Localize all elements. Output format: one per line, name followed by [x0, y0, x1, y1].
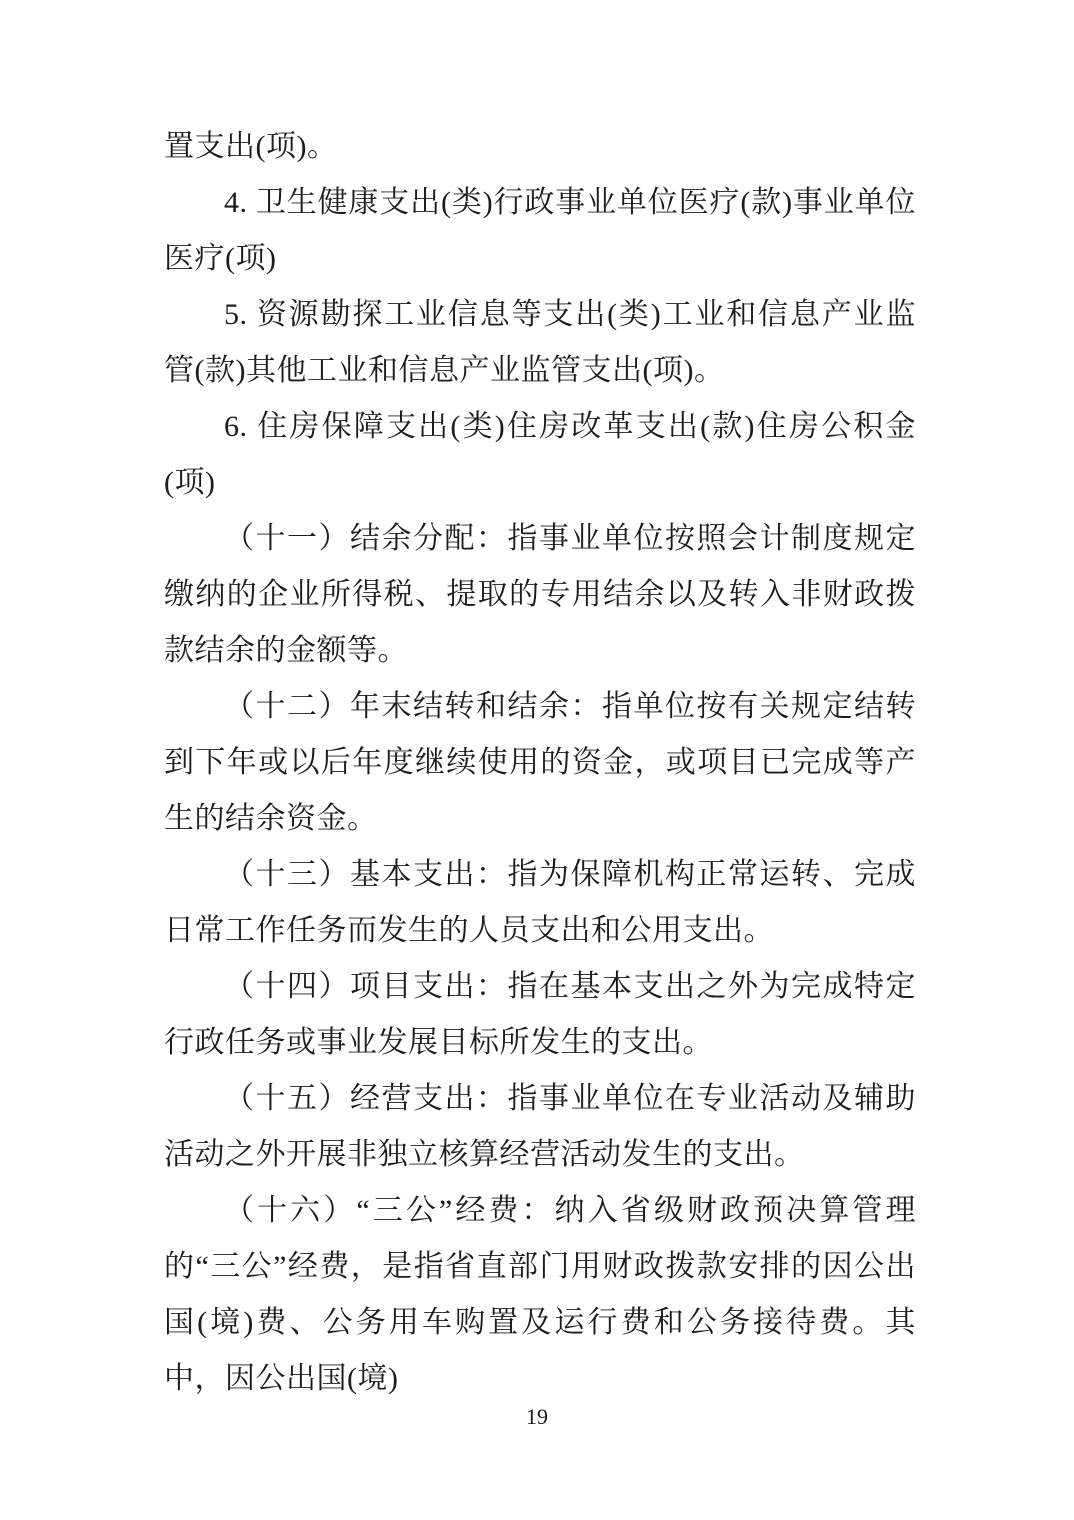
document-paragraph: 4. 卫生健康支出(类)行政事业单位医疗(款)事业单位医疗(项)	[164, 175, 916, 287]
document-paragraph: 5. 资源勘探工业信息等支出(类)工业和信息产业监管(款)其他工业和信息产业监管…	[164, 287, 916, 399]
document-paragraph: （十一）结余分配：指事业单位按照会计制度规定缴纳的企业所得税、提取的专用结余以及…	[164, 511, 916, 679]
document-paragraph: 6. 住房保障支出(类)住房改革支出(款)住房公积金(项)	[164, 399, 916, 511]
document-paragraph: （十五）经营支出：指事业单位在专业活动及辅助活动之外开展非独立核算经营活动发生的…	[164, 1071, 916, 1183]
document-paragraph: （十二）年末结转和结余：指单位按有关规定结转到下年或以后年度继续使用的资金，或项…	[164, 679, 916, 847]
document-body: 置支出(项)。 4. 卫生健康支出(类)行政事业单位医疗(款)事业单位医疗(项)…	[164, 119, 916, 1407]
page-number: 19	[526, 1404, 548, 1429]
document-page: 置支出(项)。 4. 卫生健康支出(类)行政事业单位医疗(款)事业单位医疗(项)…	[0, 0, 1074, 1520]
document-paragraph: （十三）基本支出：指为保障机构正常运转、完成日常工作任务而发生的人员支出和公用支…	[164, 847, 916, 959]
document-paragraph: 置支出(项)。	[164, 119, 916, 175]
document-paragraph: （十四）项目支出：指在基本支出之外为完成特定行政任务或事业发展目标所发生的支出。	[164, 959, 916, 1071]
document-paragraph: （十六）“三公”经费：纳入省级财政预决算管理的“三公”经费，是指省直部门用财政拨…	[164, 1183, 916, 1407]
page-footer: 19	[0, 1404, 1074, 1430]
